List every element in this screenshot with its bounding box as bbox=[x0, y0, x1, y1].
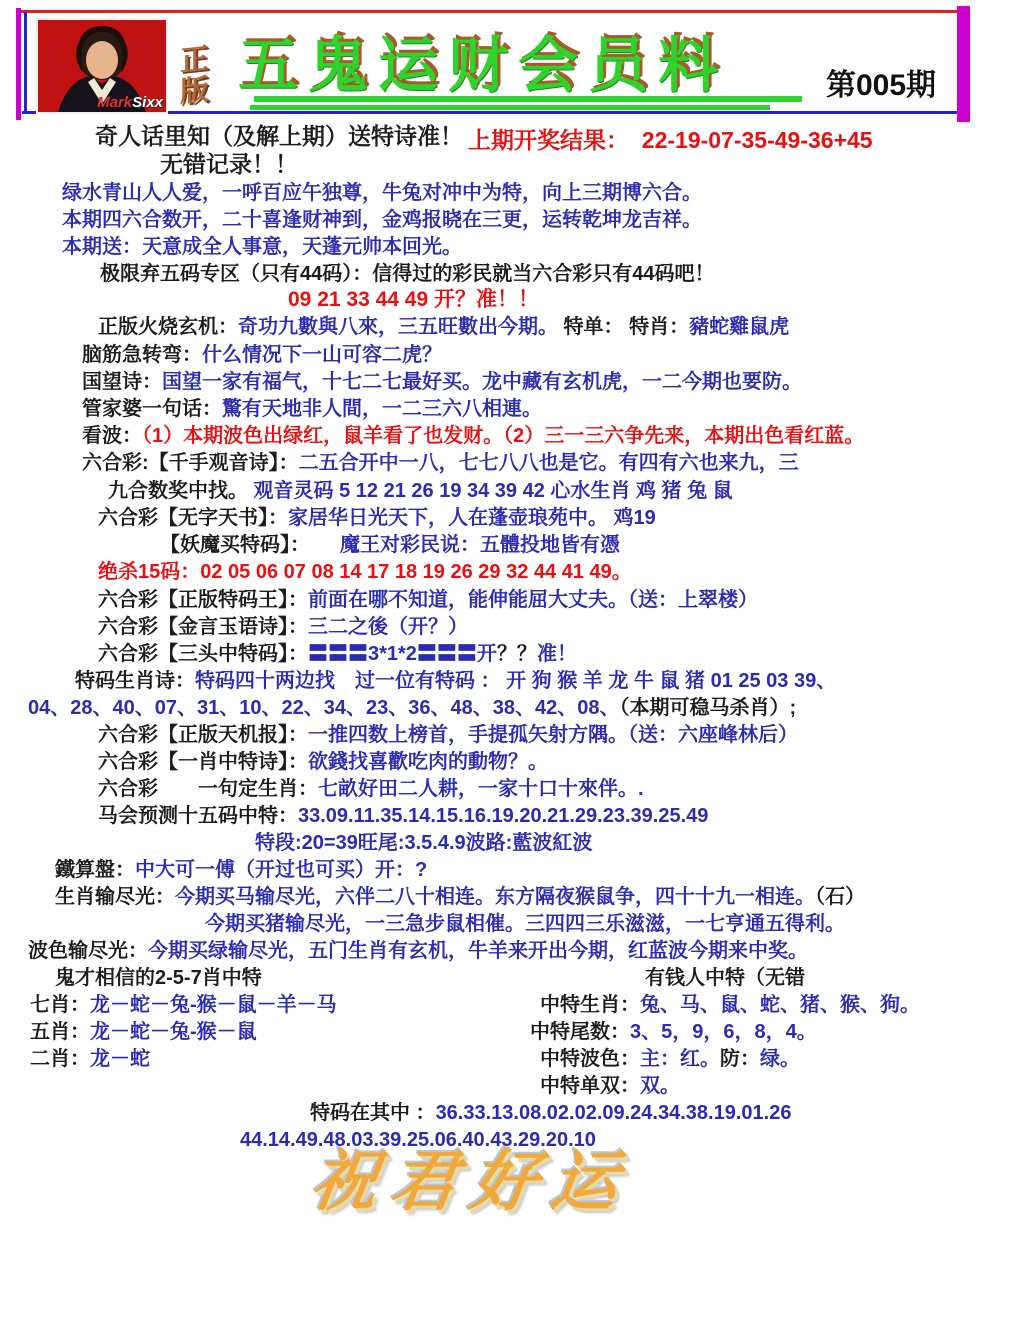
body-line: 【妖魔买特码】： 魔王对彩民说：五體投地皆有憑 bbox=[160, 533, 620, 557]
text-segment: 六合彩:【千手观音诗】： bbox=[82, 452, 299, 474]
text-segment: 欲錢找喜歡吃肉的動物？。 bbox=[308, 751, 548, 773]
text-segment: 无错记录！！ bbox=[160, 151, 298, 177]
body-line: 44.14.49.48.03.39.25.06.40.43.29.20.10 bbox=[240, 1128, 596, 1152]
body-line: 中特单双：双。 bbox=[540, 1074, 680, 1098]
text-segment: 魔王对彩民说：五體投地皆有憑 bbox=[300, 534, 620, 556]
text-segment: 二五合开中一八，七七八八也是它。有四有六也来九，三 bbox=[299, 452, 799, 474]
text-segment: 04、28、40、07、31、10、22、34、23、36、48、38、42、0… bbox=[28, 697, 619, 719]
body-line: 中特生肖：兔、马、鼠、蛇、猪、猴、狗。 bbox=[540, 993, 920, 1017]
body-line: 六合彩:【千手观音诗】：二五合开中一八，七七八八也是它。有四有六也来九，三 bbox=[82, 451, 799, 475]
text-segment: 今期买马输尽光，六伴二八十相连。东方隔夜猴鼠争，四十十九一相连。 bbox=[175, 886, 815, 908]
text-segment: 六合彩【正版特码王】： bbox=[98, 589, 308, 611]
text-segment: 三二之後（开？） bbox=[308, 616, 468, 638]
text-segment: 国望诗： bbox=[82, 371, 162, 393]
body-line: 九合数奖中找。 观音灵码 5 12 21 26 19 34 39 42 心水生肖… bbox=[108, 479, 733, 503]
text-segment: ？？ bbox=[497, 643, 537, 665]
text-segment: 奇人话里知（及解上期）送特诗准！ bbox=[95, 123, 463, 149]
body-line: 国望诗：国望一家有福气，十七二七最好买。龙中藏有玄机虎，一二今期也要防。 bbox=[82, 370, 802, 394]
body-line: 有钱人中特（无错 bbox=[645, 966, 805, 990]
text-segment: 波色输尽光： bbox=[28, 940, 148, 962]
text-segment: 3、5，9，6，8，4。 bbox=[630, 1021, 817, 1043]
text-segment: 特码四十两边找 过一位有特码 ： 开 狗 猴 羊 龙 牛 鼠 猪 01 25 0… bbox=[195, 670, 836, 692]
body-line: 04、28、40、07、31、10、22、34、23、36、48、38、42、0… bbox=[28, 696, 796, 720]
body-line: 09 21 33 44 49 开？准！！ bbox=[288, 288, 539, 312]
text-segment: 国望一家有福气，十七二七最好买。龙中藏有玄机虎，一二今期也要防。 bbox=[162, 371, 802, 393]
text-segment: 脑筋急转弯： bbox=[82, 344, 202, 366]
text-segment: 特段:20=39旺尾:3.5.4.9波路:藍波紅波 bbox=[255, 832, 592, 854]
text-segment: 防： bbox=[720, 1048, 760, 1070]
text-segment: 鐵算盤： bbox=[55, 859, 135, 881]
text-segment: 特单： 特肖： bbox=[558, 316, 689, 338]
page: MarkSixx 正版 五鬼运财会员料 第005期 祝君好运 奇人话里知（及解上… bbox=[0, 0, 1012, 1321]
body-line: 特码生肖诗：特码四十两边找 过一位有特码 ： 开 狗 猴 羊 龙 牛 鼠 猪 0… bbox=[75, 669, 836, 693]
text-segment: 中特波色： bbox=[540, 1048, 640, 1070]
text-segment: 36.33.13.08.02.02.09.24.34.38.19.01.26 bbox=[436, 1102, 792, 1124]
body-line: 生肖输尽光：今期买马输尽光，六伴二八十相连。东方隔夜猴鼠争，四十十九一相连。（石… bbox=[55, 885, 865, 909]
text-segment: 七畝好田二人耕，一家十口十來伴。. bbox=[318, 778, 644, 800]
text-segment: 奇功九數與八來，三五旺數出今期。 bbox=[238, 316, 558, 338]
text-segment: 家居华日光天下，人在蓬壶琅苑中。 鸡19 bbox=[288, 507, 656, 529]
body-line: 中特尾数：3、5，9，6，8，4。 bbox=[530, 1020, 817, 1044]
text-segment: 什么情况下一山可容二虎？ bbox=[202, 344, 442, 366]
text-segment: 主：红。 bbox=[640, 1048, 720, 1070]
text-segment: 龙－蛇 bbox=[90, 1048, 150, 1070]
body-line: 六合彩【金言玉语诗】：三二之後（开？） bbox=[98, 615, 468, 639]
text-segment: 绝杀15码：02 05 06 07 08 14 17 18 19 26 29 3… bbox=[98, 561, 632, 583]
text-segment: 六合彩 一句定生肖： bbox=[98, 778, 318, 800]
text-segment: 特码生肖诗： bbox=[75, 670, 195, 692]
text-segment: 管家婆一句话： bbox=[82, 398, 222, 420]
text-segment: 中特尾数： bbox=[530, 1021, 630, 1043]
text-segment: 准！ bbox=[537, 643, 577, 665]
text-segment: 【妖魔买特码】： bbox=[160, 534, 300, 556]
body-line: 马会预测十五码中特：33.09.11.35.14.15.16.19.20.21.… bbox=[98, 804, 708, 828]
text-segment: 观音灵码 5 12 21 26 19 34 39 42 心水生肖 鸡 猪 兔 鼠 bbox=[248, 480, 733, 502]
body-line: 六合彩【三头中特码】：〓〓〓3*1*2〓〓〓开？？准！ bbox=[98, 642, 577, 666]
text-segment: 正版火烧玄机： bbox=[98, 316, 238, 338]
body-line: 五肖：龙－蛇－兔-猴－鼠 bbox=[30, 1020, 257, 1044]
text-segment: 九合数奖中找。 bbox=[108, 480, 248, 502]
body-line: 六合彩【无字天书】：家居华日光天下，人在蓬壶琅苑中。 鸡19 bbox=[98, 506, 656, 530]
body-line: 上期开奖结果： 22-19-07-35-49-36+45 bbox=[468, 128, 873, 152]
text-segment: 龙－蛇－兔-猴－鼠－羊－马 bbox=[90, 994, 337, 1016]
text-segment: 特码在其中 ： bbox=[310, 1102, 436, 1124]
body-line: 鬼才相信的2-5-7肖中特 bbox=[55, 966, 262, 990]
text-segment: 二肖： bbox=[30, 1048, 90, 1070]
text-segment: 六合彩【无字天书】： bbox=[98, 507, 288, 529]
text-segment: 六合彩【三头中特码】： bbox=[98, 643, 308, 665]
text-segment: 双。 bbox=[640, 1075, 680, 1097]
text-segment: 六合彩【金言玉语诗】： bbox=[98, 616, 308, 638]
text-segment: 驚有天地非人間，一二三六八相連。 bbox=[222, 398, 542, 420]
body-line: 看波：（1）本期波色出绿红，鼠羊看了也发财。（2）三一三六争先来，本期出色看红蓝… bbox=[82, 424, 864, 448]
text-segment: 兔、马、鼠、蛇、猪、猴、狗。 bbox=[640, 994, 920, 1016]
text-segment: 六合彩【一肖中特诗】： bbox=[98, 751, 308, 773]
body-line: 绝杀15码：02 05 06 07 08 14 17 18 19 26 29 3… bbox=[98, 560, 632, 584]
body-line: 脑筋急转弯：什么情况下一山可容二虎？ bbox=[82, 343, 442, 367]
body-line: 二肖：龙－蛇 bbox=[30, 1047, 150, 1071]
text-segment: （石） bbox=[815, 886, 865, 908]
text-segment: 生肖输尽光： bbox=[55, 886, 175, 908]
body-line: 波色输尽光：今期买绿输尽光，五门生肖有玄机，牛羊来开出今期，红蓝波今期来中奖。 bbox=[28, 939, 808, 963]
text-segment: 33.09.11.35.14.15.16.19.20.21.29.23.39.2… bbox=[298, 805, 708, 827]
text-segment: 看波： bbox=[82, 425, 142, 447]
body-line: 无错记录！！ bbox=[160, 152, 298, 176]
text-segment: 龙－蛇－兔-猴－鼠 bbox=[90, 1021, 257, 1043]
text-segment: 绿。 bbox=[760, 1048, 800, 1070]
text-segment: 〓〓〓3*1*2〓〓〓开 bbox=[308, 643, 497, 665]
text-segment: 今期买猪输尽光，一三急步鼠相催。三四四三乐滋滋，一七亨通五得利。 bbox=[205, 913, 845, 935]
body-line: 正版火烧玄机：奇功九數與八來，三五旺數出今期。 特单： 特肖：豬蛇雞鼠虎 bbox=[98, 315, 789, 339]
text-segment: 鬼才相信的2-5-7肖中特 bbox=[55, 967, 262, 989]
body-line: 七肖：龙－蛇－兔-猴－鼠－羊－马 bbox=[30, 993, 337, 1017]
text-segment: （1）本期波色出绿红，鼠羊看了也发财。（2）三一三六争先来，本期出色看红蓝。 bbox=[142, 425, 864, 447]
body-line: 极限弃五码专区（只有44码）：信得过的彩民就当六合彩只有44码吧！ bbox=[100, 262, 715, 286]
body-line: 鐵算盤：中大可一傅（开过也可买）开：? bbox=[55, 858, 427, 882]
text-segment: 有钱人中特（无错 bbox=[645, 967, 805, 989]
body-line: 特段:20=39旺尾:3.5.4.9波路:藍波紅波 bbox=[255, 831, 592, 855]
body-line: 六合彩【正版天机报】：一推四数上榜首，手提孤矢射方隅。（送：六座峰林后） bbox=[98, 723, 798, 747]
text-segment: 绿水青山人人爱，一呼百应午独尊，牛兔对冲中为特，向上三期博六合。 bbox=[62, 182, 702, 204]
text-segment: 六合彩【正版天机报】： bbox=[98, 724, 308, 746]
text-segment: 本期送：天意成全人事意，天蓬元帅本回光。 bbox=[62, 236, 462, 258]
body-line: 绿水青山人人爱，一呼百应午独尊，牛兔对冲中为特，向上三期博六合。 bbox=[62, 181, 702, 205]
text-segment: 09 21 33 44 49 开？准！！ bbox=[288, 288, 539, 311]
body-line: 管家婆一句话：驚有天地非人間，一二三六八相連。 bbox=[82, 397, 542, 421]
body-line: 今期买猪输尽光，一三急步鼠相催。三四四三乐滋滋，一七亨通五得利。 bbox=[205, 912, 845, 936]
body-line: 特码在其中 ：36.33.13.08.02.02.09.24.34.38.19.… bbox=[310, 1101, 791, 1125]
text-segment: 中大可一傅（开过也可买）开：? bbox=[135, 859, 427, 881]
body-line: 本期送：天意成全人事意，天蓬元帅本回光。 bbox=[62, 235, 462, 259]
text-segment: 一推四数上榜首，手提孤矢射方隅。（送：六座峰林后） bbox=[308, 724, 798, 746]
text-segment: 极限弃五码专区（只有44码）：信得过的彩民就当六合彩只有44码吧！ bbox=[100, 263, 715, 285]
body-line: 奇人话里知（及解上期）送特诗准！ bbox=[95, 124, 463, 148]
text-segment: 44.14.49.48.03.39.25.06.40.43.29.20.10 bbox=[240, 1129, 596, 1151]
text-segment: 马会预测十五码中特： bbox=[98, 805, 298, 827]
text-segment: 前面在哪不知道，能伸能屈大丈夫。（送：上翠楼） bbox=[308, 589, 758, 611]
body-line: 六合彩【一肖中特诗】：欲錢找喜歡吃肉的動物？。 bbox=[98, 750, 548, 774]
body-line: 本期四六合数开，二十喜逢财神到，金鸡报晓在三更，运转乾坤龙吉祥。 bbox=[62, 208, 702, 232]
text-segment: 五肖： bbox=[30, 1021, 90, 1043]
body-line: 六合彩【正版特码王】：前面在哪不知道，能伸能屈大丈夫。（送：上翠楼） bbox=[98, 588, 758, 612]
text-segment: 七肖： bbox=[30, 994, 90, 1016]
text-segment: 豬蛇雞鼠虎 bbox=[689, 316, 789, 338]
text-segment: 中特单双： bbox=[540, 1075, 640, 1097]
body-line: 六合彩 一句定生肖：七畝好田二人耕，一家十口十來伴。. bbox=[98, 777, 644, 801]
text-segment: 本期四六合数开，二十喜逢财神到，金鸡报晓在三更，运转乾坤龙吉祥。 bbox=[62, 209, 702, 231]
text-segment: （本期可稳马杀肖）; bbox=[619, 697, 796, 719]
body-lines: 奇人话里知（及解上期）送特诗准！上期开奖结果： 22-19-07-35-49-3… bbox=[0, 0, 1012, 1321]
text-segment: 今期买绿输尽光，五门生肖有玄机，牛羊来开出今期，红蓝波今期来中奖。 bbox=[148, 940, 808, 962]
body-line: 中特波色：主：红。防：绿。 bbox=[540, 1047, 800, 1071]
text-segment: 上期开奖结果： 22-19-07-35-49-36+45 bbox=[468, 127, 873, 153]
text-segment: 中特生肖： bbox=[540, 994, 640, 1016]
